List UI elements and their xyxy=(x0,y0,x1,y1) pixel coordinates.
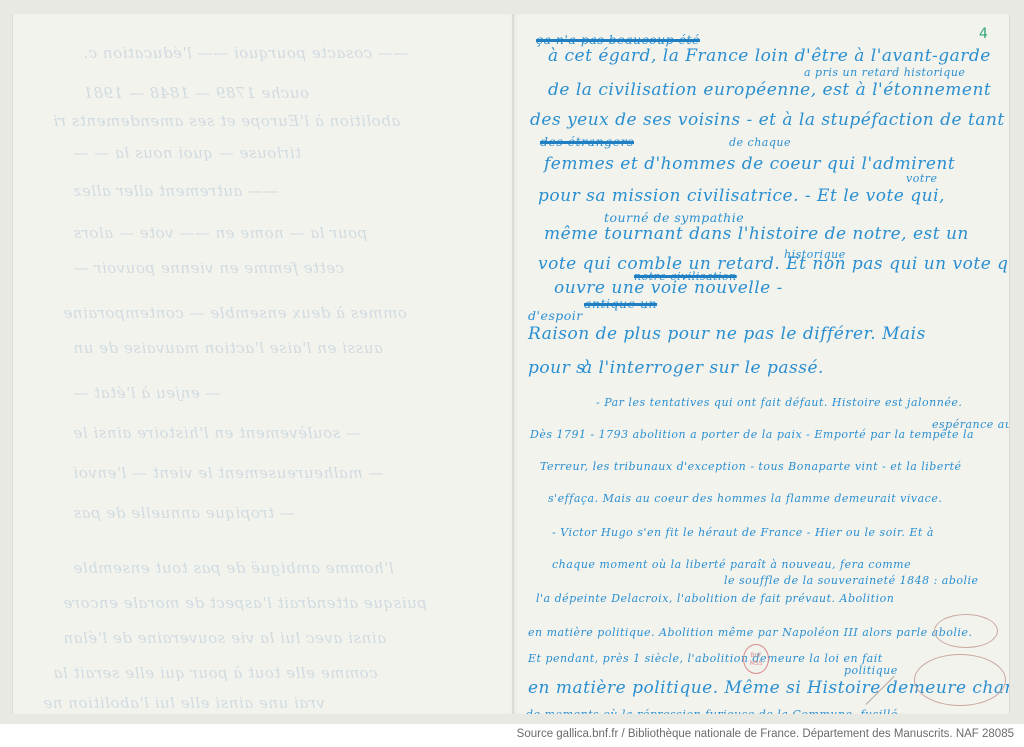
pencil-circle-annotation xyxy=(914,654,1006,706)
struck-line: des étrangers xyxy=(540,134,634,149)
bleed-through-text: pour la — nome en —— vote — alors xyxy=(73,224,367,242)
bleed-through-text: abolition à l'Europe et ses amendements … xyxy=(53,112,400,130)
right-page: 4 ça n'a pas beaucoup été à cet égard, l… xyxy=(514,14,1010,714)
bleed-through-text: — soulèvement en l'histoire ainsi le xyxy=(73,424,361,442)
manuscript-line: des yeux de ses voisins - et à la stupéf… xyxy=(530,110,1010,130)
source-caption: Source gallica.bnf.fr / Bibliothèque nat… xyxy=(517,728,1014,740)
manuscript-line: à l'interroger sur le passé. xyxy=(582,358,824,378)
manuscript-line: - Par les tentatives qui ont fait défaut… xyxy=(596,396,962,409)
manuscript-line: l'a dépeinte Delacroix, l'abolition de f… xyxy=(536,592,894,605)
manuscript-line: chaque moment où la liberté paraît à nou… xyxy=(552,558,911,571)
page-number: 4 xyxy=(979,26,988,42)
manuscript-line: Dès 1791 - 1793 abolition a porter de la… xyxy=(530,428,974,441)
bleed-through-text: aussi en l'aise l'action mauvaise de un xyxy=(73,339,383,357)
manuscript-insertion: espérance aux xyxy=(932,418,1010,431)
bleed-through-text: puisque attendrait l'aspect de morale en… xyxy=(63,594,427,612)
manuscript-line: ouvre une voie nouvelle - xyxy=(554,278,783,298)
manuscript-line: s'effaça. Mais au coeur des hommes la fl… xyxy=(548,492,942,505)
manuscript-line: en matière politique. Abolition même par… xyxy=(528,626,972,639)
manuscript-line: pour sa mission civilisatrice. - Et le v… xyxy=(538,186,945,206)
manuscript-viewer: —— cosacte pourquoi —— l'éducation c. ou… xyxy=(0,0,1024,724)
stamp-line-2: MSS xyxy=(744,660,768,668)
library-stamp: BnF MSS xyxy=(743,644,769,674)
manuscript-line: vote qui comble un retard. Et non pas qu… xyxy=(538,254,1010,274)
stamp-line-1: BnF xyxy=(744,652,768,660)
manuscript-line: Terreur, les tribunaux d'exception - tou… xyxy=(540,460,962,473)
struck-line: ça n'a pas beaucoup été xyxy=(536,32,700,47)
manuscript-insertion: le souffle de la souveraineté 1848 : abo… xyxy=(724,574,979,587)
bleed-through-text: comme elle tout à pour qui elle serait l… xyxy=(53,664,378,682)
bleed-through-text: l'homme ambiguë de pas tout ensemble xyxy=(73,559,394,577)
bleed-through-text: — tropique annuelle de pas xyxy=(73,504,295,522)
bleed-through-text: — enjeu à l'état — xyxy=(73,384,221,402)
manuscript-insertion: tourné de sympathie xyxy=(604,210,744,225)
manuscript-line: à cet égard, la France loin d'être à l'a… xyxy=(548,46,991,66)
bleed-through-text: —— cosacte pourquoi —— l'éducation c. xyxy=(83,44,408,62)
manuscript-line: - Victor Hugo s'en fit le héraut de Fran… xyxy=(552,526,934,539)
manuscript-insertion: de chaque xyxy=(729,136,791,149)
manuscript-insertion: politique xyxy=(844,664,898,677)
manuscript-insertion: votre xyxy=(906,172,938,185)
struck-line: antique un xyxy=(584,296,657,311)
pencil-circle-annotation xyxy=(934,614,998,648)
bleed-through-text: ommes à deux ensemble — contemporaine xyxy=(63,304,407,322)
manuscript-line: Raison de plus pour ne pas le différer. … xyxy=(528,324,926,344)
manuscript-line: d'espoir xyxy=(528,308,583,323)
bleed-through-text: —— autrement aller allez xyxy=(73,182,279,200)
bleed-through-text: — malheureusement le vient — l'envoi xyxy=(73,464,383,482)
bleed-through-text: ouche 1789 — 1848 — 1981 xyxy=(83,84,309,102)
manuscript-line: même tournant dans l'histoire de notre, … xyxy=(544,224,969,244)
bleed-through-text: ainsi avec lui la vie souveraine de l'él… xyxy=(63,629,386,647)
manuscript-line: femmes et d'hommes de coeur qui l'admire… xyxy=(544,154,955,174)
bleed-through-text: tirlouse — quoi nous la — — xyxy=(73,144,301,162)
manuscript-line: de moments où la répression furieuse de … xyxy=(526,708,898,714)
left-page: —— cosacte pourquoi —— l'éducation c. ou… xyxy=(12,14,514,714)
manuscript-line: Et pendant, près 1 siècle, l'abolition d… xyxy=(528,652,883,665)
bleed-through-text: vrai une ainsi elle lui l'abolition ne xyxy=(43,694,325,712)
bleed-through-text: cette femme en vienne pouvoir — xyxy=(73,259,344,277)
manuscript-insertion: a pris un retard historique xyxy=(804,66,965,79)
manuscript-line: de la civilisation européenne, est à l'é… xyxy=(548,80,991,100)
